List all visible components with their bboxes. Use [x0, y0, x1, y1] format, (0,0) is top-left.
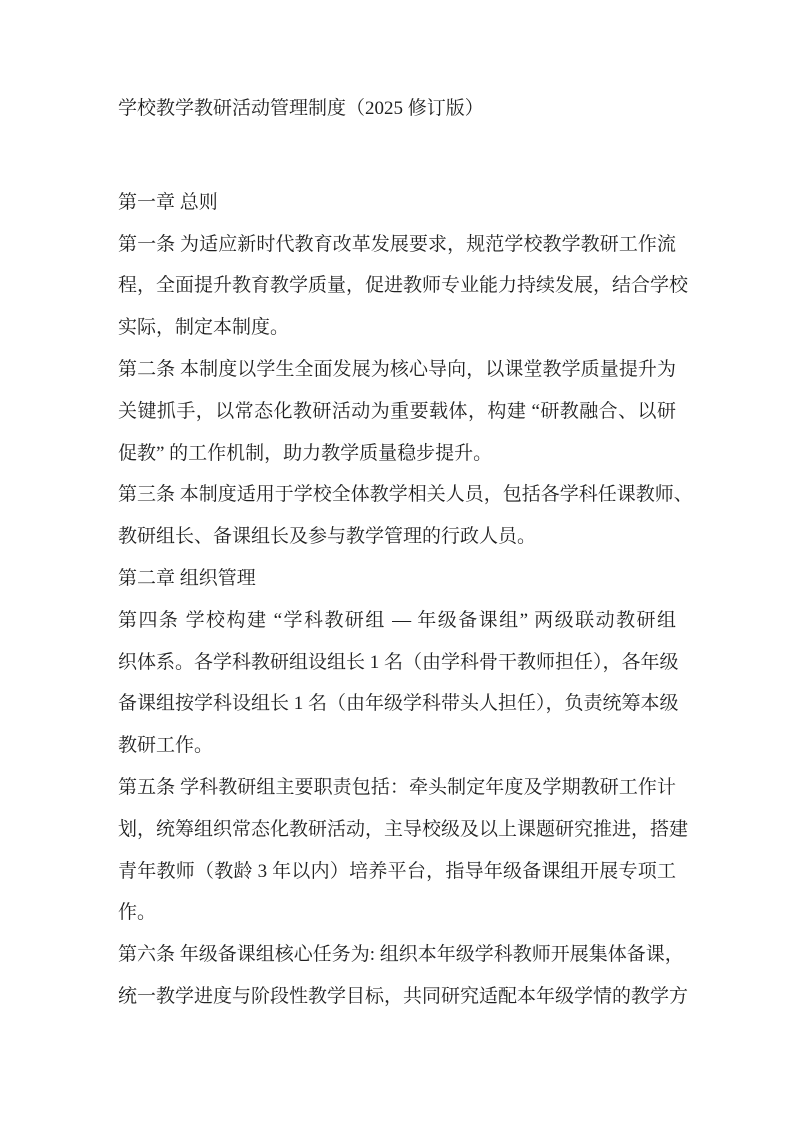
text-line: 统一教学进度与阶段性教学目标，共同研究适配本年级学情的教学方	[118, 976, 676, 1018]
text-line: 教研组长、备课组长及参与教学管理的行政人员。	[118, 516, 676, 558]
text-line: 第二章 组织管理	[118, 558, 676, 600]
chapter-heading: 第二章 组织管理	[118, 558, 676, 600]
paragraph: 第五条 学科教研组主要职责包括：牵头制定年度及学期教研工作计划，统筹组织常态化教…	[118, 767, 676, 934]
text-line: 备课组按学科设组长 1 名（由年级学科带头人担任），负责统筹本级	[118, 683, 676, 725]
text-line: 第二条 本制度以学生全面发展为核心导向，以课堂教学质量提升为	[118, 349, 676, 391]
document-title: 学校教学教研活动管理制度（2025 修订版）	[118, 88, 676, 130]
paragraph: 第三条 本制度适用于学校全体教学相关人员，包括各学科任课教师、教研组长、备课组长…	[118, 474, 676, 558]
text-line: 作。	[118, 892, 676, 934]
document-body: 第一章 总则第一条 为适应新时代教育改革发展要求，规范学校教学教研工作流程，全面…	[118, 182, 676, 1018]
text-line: 第一章 总则	[118, 182, 676, 224]
text-line: 青年教师（教龄 3 年以内）培养平台，指导年级备课组开展专项工	[118, 851, 676, 893]
text-line: 第六条 年级备课组核心任务为: 组织本年级学科教师开展集体备课，	[118, 934, 676, 976]
text-line: 第五条 学科教研组主要职责包括：牵头制定年度及学期教研工作计	[118, 767, 676, 809]
paragraph: 第一条 为适应新时代教育改革发展要求，规范学校教学教研工作流程，全面提升教育教学…	[118, 224, 676, 349]
text-line: 第四条 学校构建 “学科教研组 — 年级备课组” 两级联动教研组	[118, 600, 676, 642]
document-page: 学校教学教研活动管理制度（2025 修订版） 第一章 总则第一条 为适应新时代教…	[0, 0, 793, 1122]
text-line: 第三条 本制度适用于学校全体教学相关人员，包括各学科任课教师、	[118, 474, 676, 516]
text-line: 织体系。各学科教研组设组长 1 名（由学科骨干教师担任），各年级	[118, 642, 676, 684]
paragraph: 第四条 学校构建 “学科教研组 — 年级备课组” 两级联动教研组织体系。各学科教…	[118, 600, 676, 767]
paragraph: 第六条 年级备课组核心任务为: 组织本年级学科教师开展集体备课，统一教学进度与阶…	[118, 934, 676, 1018]
chapter-heading: 第一章 总则	[118, 182, 676, 224]
paragraph: 第二条 本制度以学生全面发展为核心导向，以课堂教学质量提升为关键抓手，以常态化教…	[118, 349, 676, 474]
text-line: 促教” 的工作机制，助力教学质量稳步提升。	[118, 433, 676, 475]
text-line: 教研工作。	[118, 725, 676, 767]
text-line: 划，统筹组织常态化教研活动，主导校级及以上课题研究推进，搭建	[118, 809, 676, 851]
text-line: 关键抓手，以常态化教研活动为重要载体，构建 “研教融合、以研	[118, 391, 676, 433]
text-line: 第一条 为适应新时代教育改革发展要求，规范学校教学教研工作流	[118, 224, 676, 266]
text-line: 程，全面提升教育教学质量，促进教师专业能力持续发展，结合学校	[118, 265, 676, 307]
text-line: 实际，制定本制度。	[118, 307, 676, 349]
